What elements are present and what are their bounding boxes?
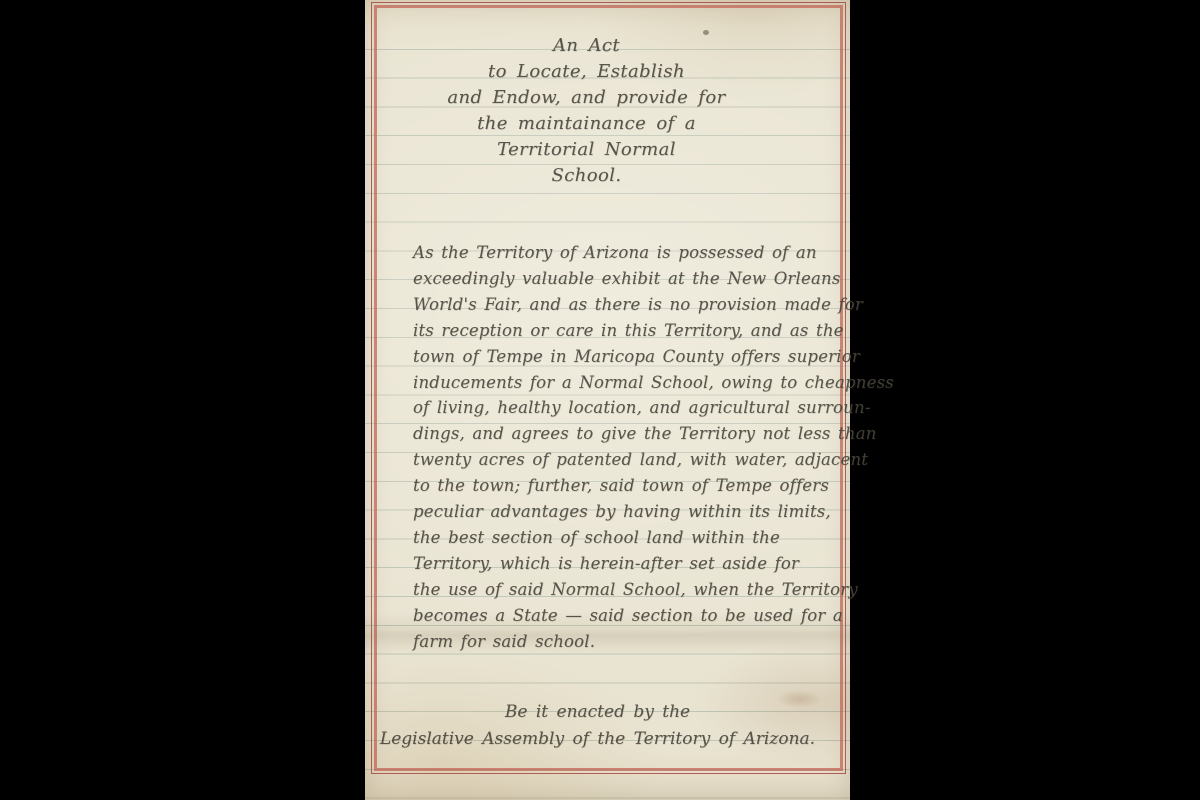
document-body: As the Territory of Arizona is possessed… <box>413 240 846 655</box>
manuscript-paper: An Act to Locate, Establish and Endow, a… <box>365 0 850 800</box>
body-line: exceedingly valuable exhibit at the New … <box>413 266 846 292</box>
body-line: the use of said Normal School, when the … <box>413 577 846 603</box>
enacting-clause: Be it enacted by the Legislative Assembl… <box>365 699 830 753</box>
body-line: the best section of school land within t… <box>413 525 846 551</box>
body-line: peculiar advantages by having within its… <box>413 499 846 525</box>
title-line: School. <box>365 163 808 189</box>
closing-line: Legislative Assembly of the Territory of… <box>365 726 830 753</box>
title-line: An Act <box>365 33 808 59</box>
body-line: As the Territory of Arizona is possessed… <box>413 240 846 266</box>
closing-line: Be it enacted by the <box>365 699 830 726</box>
photo-background: An Act to Locate, Establish and Endow, a… <box>0 0 1200 800</box>
body-line: dings, and agrees to give the Territory … <box>413 421 846 447</box>
body-line: farm for said school. <box>413 629 846 655</box>
body-line: its reception or care in this Territory,… <box>413 318 846 344</box>
body-line: becomes a State — said section to be use… <box>413 603 846 629</box>
title-line: and Endow, and provide for <box>365 85 808 111</box>
body-line: World's Fair, and as there is no provisi… <box>413 292 846 318</box>
title-line: Territorial Normal <box>365 137 808 163</box>
body-line: twenty acres of patented land, with wate… <box>413 447 846 473</box>
document-title: An Act to Locate, Establish and Endow, a… <box>365 33 808 189</box>
body-line: to the town; further, said town of Tempe… <box>413 473 846 499</box>
title-line: to Locate, Establish <box>365 59 808 85</box>
body-line: Territory, which is herein-after set asi… <box>413 551 846 577</box>
body-line: of living, healthy location, and agricul… <box>413 395 846 421</box>
body-line: town of Tempe in Maricopa County offers … <box>413 344 846 370</box>
body-line: inducements for a Normal School, owing t… <box>413 370 846 396</box>
title-line: the maintainance of a <box>365 111 808 137</box>
